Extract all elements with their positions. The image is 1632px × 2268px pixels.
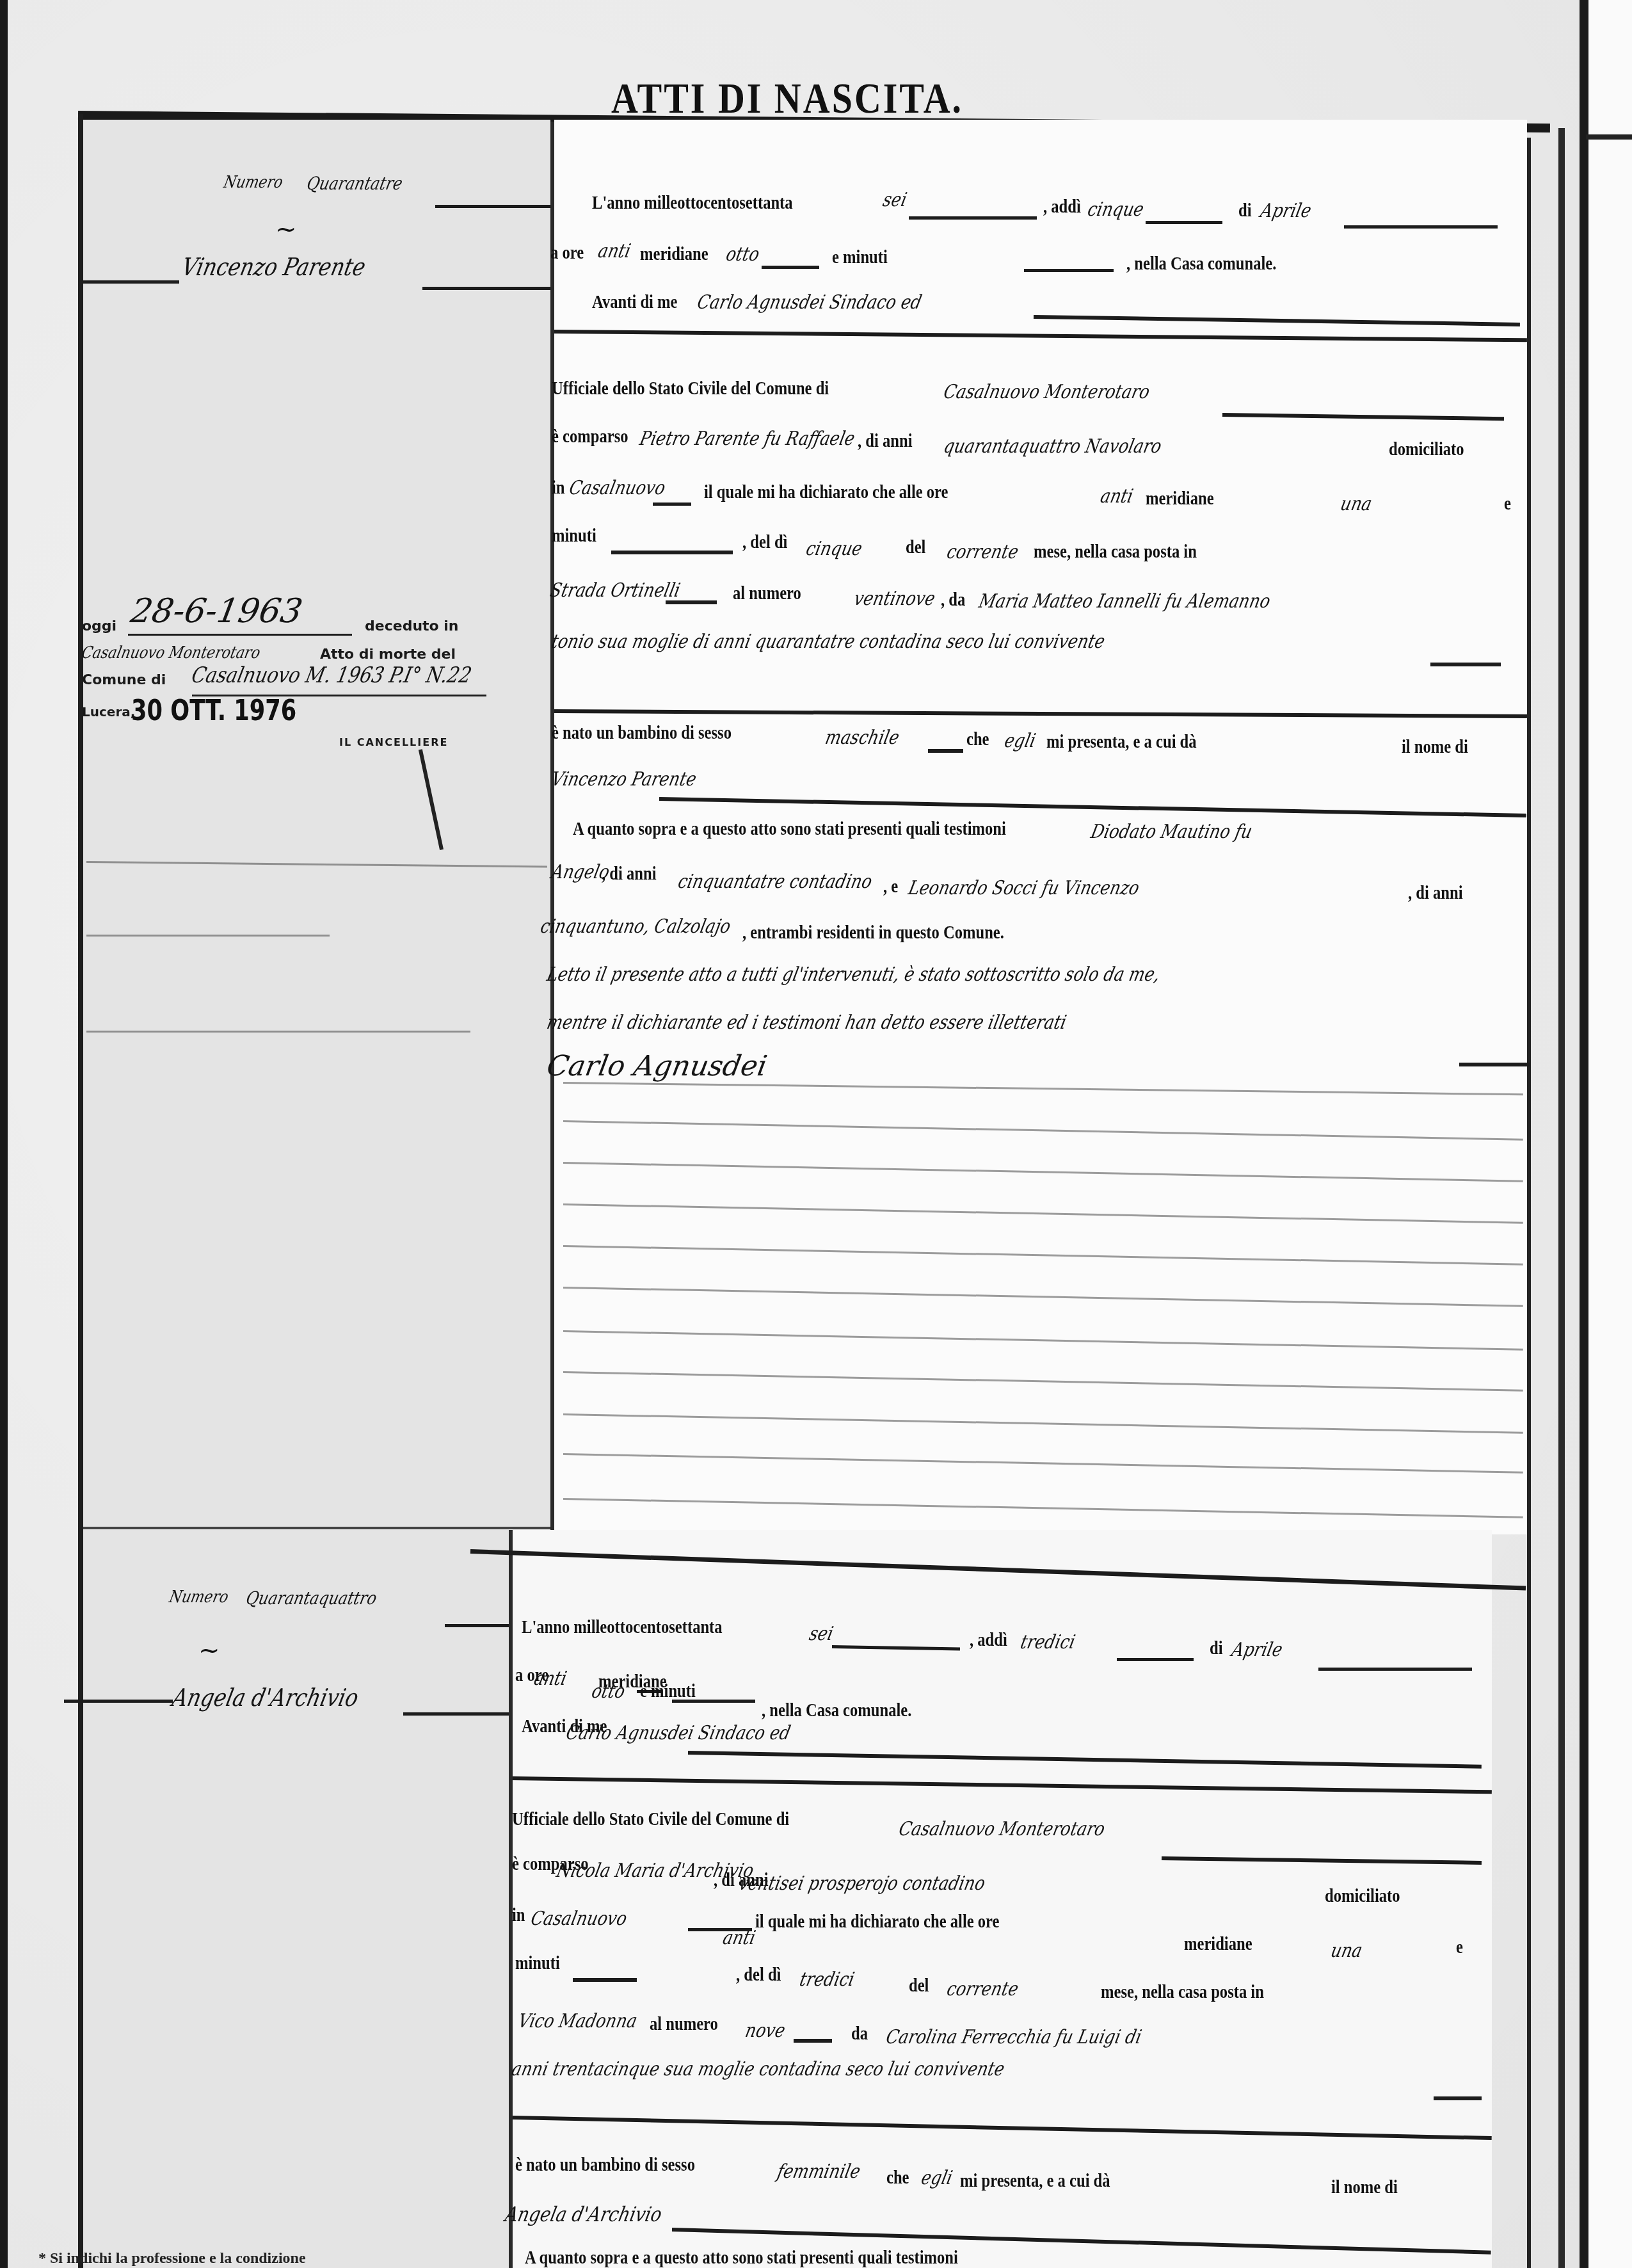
death-act-reference: Casalnuovo M. 1963 P.I° N.22 (189, 663, 474, 688)
page-binding-rule (1580, 0, 1588, 2268)
age-1-value: cinquantatre contadino (676, 871, 874, 893)
appeared-label: è comparso (552, 426, 628, 447)
age-2-value: cinquantuno, Calzolajo (538, 915, 733, 938)
presents-value: egli (919, 2167, 954, 2189)
street-value: Strada Ortinelli (548, 579, 682, 602)
born-label: è nato un bambino di sesso (515, 2154, 695, 2176)
stamp-date: 30 OTT. 1976 (131, 695, 296, 727)
mother-line-2: tonio sua moglie di anni quarantatre con… (549, 631, 1107, 653)
child-name: Angela d'Archivio (503, 2202, 664, 2226)
presents-value: egli (1002, 730, 1037, 752)
number-label: al numero (733, 583, 801, 604)
birth-day: tredici (797, 1968, 856, 1991)
before-value: Carlo Agnusdei Sindaco ed (695, 291, 924, 314)
month-label: di (1210, 1637, 1223, 1659)
place-label: , nella Casa comunale. (762, 1700, 911, 1721)
place-label: , nella Casa comunale. (1126, 253, 1276, 275)
year-value: sei (807, 1623, 835, 1645)
current-value: corrente (945, 1978, 1020, 2000)
comune-value: Casalnuovo Monterotaro (941, 381, 1151, 403)
del-label: del (906, 536, 925, 558)
number-value: nove (743, 2020, 787, 2042)
margin-separator (83, 1527, 550, 1529)
rule (445, 1624, 509, 1627)
domicile-label: domiciliato (1389, 438, 1464, 460)
month-value: Aprile (1258, 200, 1313, 222)
rule (1344, 225, 1498, 229)
e-label: e (1504, 493, 1511, 515)
birth-day: cinque (804, 538, 864, 560)
birth-hour: una (1338, 493, 1373, 515)
e-label: e (1456, 1936, 1463, 1958)
da-label: , da (941, 589, 965, 611)
hour-label: a ore (550, 242, 584, 264)
rule (909, 216, 1037, 220)
declared-ampm: anti (721, 1927, 757, 1949)
minutes-label: e minuti (640, 1680, 696, 1702)
hour-value: otto (724, 243, 762, 266)
month-suffix: mese, nella casa posta in (1034, 541, 1197, 563)
in-label: in (552, 477, 565, 499)
mayor-signature: Carlo Agnusdei (545, 1050, 770, 1082)
adjacent-page-rule (1586, 134, 1632, 140)
frame-right-rule (1527, 138, 1531, 2268)
rule (1430, 663, 1501, 666)
rule (1318, 1668, 1472, 1671)
minuti-label: minuti (515, 1952, 560, 1974)
domicile-label: domiciliato (1325, 1885, 1400, 1907)
minutes-blank (611, 551, 733, 554)
age-value: quarantaquattro Navolaro (941, 435, 1164, 458)
meridiane-label: meridiane (1184, 1933, 1252, 1955)
comune-label: Comune di (82, 672, 166, 688)
record-number-value: Quarantaquattro (244, 1588, 378, 1609)
rule (762, 266, 819, 269)
record-number-value: Quarantatre (305, 173, 404, 194)
in-label: in (512, 1904, 525, 1926)
rule (422, 287, 550, 290)
in-value: Casalnuovo (567, 477, 668, 499)
record-number-label: Numero (168, 1588, 230, 1607)
rule (1434, 2096, 1482, 2100)
day-label: , addì (1043, 196, 1081, 218)
day-label: , addì (970, 1629, 1007, 1651)
closing-line-2: mentre il dichiarante ed i testimoni han… (545, 1011, 1068, 1034)
child-name: Vincenzo Parente (549, 768, 698, 791)
del-label: del (909, 1975, 929, 1997)
mother-value: Carolina Ferrecchia fu Luigi di (884, 2026, 1144, 2048)
officer-label: Ufficiale dello Stato Civile del Comune … (552, 378, 829, 399)
current-value: corrente (945, 541, 1020, 563)
rule (666, 600, 717, 604)
year-value: sei (881, 189, 909, 211)
meridiane-label: meridiane (1146, 488, 1214, 510)
act-label: Atto di morte del (320, 647, 456, 663)
before-value: Carlo Agnusdei Sindaco ed (564, 1722, 792, 1744)
officer-label: Ufficiale dello Stato Civile del Comune … (512, 1808, 789, 1830)
street-value: Vico Madonna (516, 2010, 639, 2032)
minutes-label: e minuti (832, 246, 888, 268)
day-value: cinque (1085, 198, 1146, 221)
born-label: è nato un bambino di sesso (552, 722, 732, 744)
minuti-label: minuti (552, 525, 596, 547)
deceased-label: deceduto in (365, 618, 459, 634)
and-label: , e (883, 876, 898, 897)
scan-edge-left (0, 0, 8, 2268)
number-label: al numero (650, 2013, 718, 2035)
hour-value: otto (589, 1680, 627, 1703)
margin-ruled-line (86, 1031, 470, 1033)
rule (64, 1700, 173, 1703)
appeared-value: Pietro Parente fu Raffaele (637, 428, 857, 450)
age-2-label: , di anni (1408, 882, 1462, 904)
flourish: ~ (275, 214, 297, 244)
presents-label: che (966, 728, 989, 750)
death-prefix: oggi (82, 618, 116, 634)
age-1-label: , di anni (602, 863, 656, 885)
margin-column (83, 120, 550, 2268)
mother-line-2: anni trentacinque sua moglie contadina s… (509, 2058, 1006, 2080)
margin-child-name: Vincenzo Parente (179, 253, 368, 281)
column-divider (509, 1530, 513, 2268)
rule (128, 634, 352, 636)
name-label: il nome di (1402, 736, 1468, 758)
sex-value: femminile (775, 2160, 862, 2183)
comune-value: Casalnuovo Monterotaro (897, 1818, 1107, 1840)
record-number-label: Numero (222, 173, 285, 192)
witnesses-intro: A quanto sopra e a questo atto sono stat… (525, 2247, 958, 2268)
rule (1459, 1063, 1530, 1066)
in-value: Casalnuovo (529, 1908, 629, 1930)
declared-ampm: anti (1098, 485, 1135, 508)
frame-outer-right-rule (1558, 128, 1565, 2268)
rule (435, 205, 550, 208)
number-value: ventinove (852, 588, 937, 610)
da-label: da (851, 2023, 868, 2045)
month-label: di (1238, 200, 1252, 221)
stamp-city: Lucera, (82, 704, 135, 720)
adjacent-page-strip (1586, 0, 1632, 2268)
rule (653, 503, 691, 506)
month-suffix: mese, nella casa posta in (1101, 1981, 1264, 2003)
rule (1117, 1658, 1194, 1661)
death-place: Casalnuovo Monterotaro (80, 643, 262, 663)
page-footnote: * Si indichi la professione e la condizi… (38, 2250, 306, 2267)
hour-ampm: anti (532, 1668, 568, 1690)
death-date: 28-6-1963 (128, 592, 305, 631)
witnesses-intro: A quanto sopra e a questo atto sono stat… (573, 818, 1006, 840)
rule (83, 280, 179, 284)
rule (403, 1712, 509, 1716)
hour-ampm: anti (596, 240, 632, 262)
presents-label: che (886, 2167, 909, 2189)
mother-value: Maria Matteo Iannelli fu Alemanno (977, 590, 1272, 613)
margin-ruled-line (86, 935, 330, 937)
minutes-blank (573, 1978, 637, 1982)
name-label: il nome di (1331, 2176, 1398, 2198)
rule (794, 2039, 832, 2043)
frame-left-rule (78, 114, 83, 2268)
declared-label: il quale mi ha dichiarato che alle ore (755, 1911, 1000, 1933)
closing-line-1: Letto il presente atto a tutti gl'interv… (545, 963, 1162, 986)
del-di-label: , del dì (736, 1964, 781, 1986)
year-label: L'anno milleottocentosettanta (592, 192, 793, 214)
minutes-blank (672, 1700, 755, 1703)
birth-hour: una (1329, 1940, 1364, 1962)
witness-2: Leonardo Socci fu Vincenzo (906, 877, 1141, 899)
sex-value: maschile (823, 727, 901, 749)
month-value: Aprile (1229, 1639, 1284, 1661)
declared-label: il quale mi ha dichiarato che alle ore (704, 481, 948, 503)
age-label: , di anni (858, 430, 912, 452)
year-label: L'anno milleottocentosettanta (522, 1616, 723, 1638)
margin-child-name: Angela d'Archivio (170, 1684, 361, 1712)
presents-label-2: mi presenta, e a cui dà (1046, 731, 1197, 753)
presents-label-2: mi presenta, e a cui dà (960, 2170, 1110, 2192)
rule (1146, 221, 1222, 224)
rule (928, 749, 963, 753)
before-label: Avanti di me (592, 291, 677, 313)
flourish: ~ (198, 1636, 220, 1665)
residence-text: , entrambi residenti in questo Comune. (742, 922, 1004, 944)
del-di-label: , del dì (742, 531, 787, 553)
day-value: tredici (1018, 1631, 1077, 1653)
witness-1: Diodato Mautino fu (1089, 821, 1254, 843)
meridiane-label: meridiane (640, 243, 708, 265)
age-value: ventisei prosperojo contadino (737, 1872, 987, 1895)
minutes-blank (1024, 269, 1114, 272)
